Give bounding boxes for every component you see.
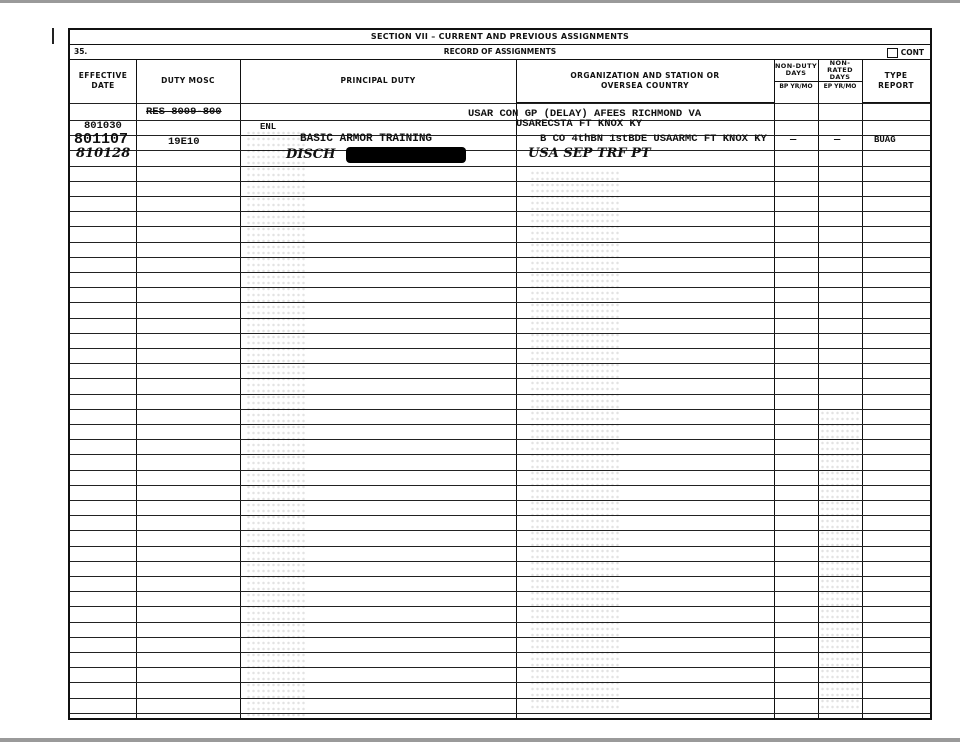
row-rule bbox=[70, 302, 930, 303]
row-rule bbox=[70, 150, 930, 151]
header-non-duty-sub: BP YR/MO bbox=[774, 83, 818, 91]
entry-3-principal-duty: BASIC ARMOR TRAINING bbox=[300, 133, 432, 145]
row-rule bbox=[70, 713, 930, 714]
row-rule bbox=[70, 257, 930, 258]
header-non-duty-days: NON-DUTY DAYS bbox=[774, 59, 818, 82]
row-rule bbox=[70, 470, 930, 471]
row-rule bbox=[70, 698, 930, 699]
entry-3-organization: B CO 4thBN 1stBDE USAARMC FT KNOX KY bbox=[540, 133, 767, 145]
scan-noise bbox=[820, 410, 860, 710]
row-rule bbox=[70, 667, 930, 668]
row-rule bbox=[70, 439, 930, 440]
row-rule bbox=[70, 515, 930, 516]
row-rule bbox=[70, 576, 930, 577]
row-rule bbox=[70, 409, 930, 410]
row-rule bbox=[70, 196, 930, 197]
row-rule bbox=[70, 363, 930, 364]
bottom-border bbox=[0, 738, 960, 742]
row-rule bbox=[70, 622, 930, 623]
col-divider bbox=[136, 59, 137, 718]
row-rule bbox=[70, 652, 930, 653]
record-title: RECORD OF ASSIGNMENTS bbox=[70, 44, 930, 59]
header-type-report: TYPE REPORT bbox=[862, 59, 930, 103]
row-rule bbox=[70, 606, 930, 607]
header-non-rated-days: NON-RATED DAYS bbox=[818, 59, 862, 82]
entry-1-duty-mosc: RES 8009-800 bbox=[146, 106, 222, 118]
entry-3-non-rated-days: — bbox=[834, 134, 840, 146]
row-rule bbox=[70, 682, 930, 683]
record-header-row: 35. RECORD OF ASSIGNMENTS CONT bbox=[70, 44, 930, 60]
entry-3-type-report: BUAG bbox=[874, 135, 896, 145]
header-non-rated-sub: EP YR/MO bbox=[818, 83, 862, 91]
row-rule bbox=[70, 454, 930, 455]
header-effective-date: EFFECTIVE DATE bbox=[70, 59, 136, 104]
row-rule bbox=[70, 211, 930, 212]
row-rule bbox=[70, 500, 930, 501]
scan-noise bbox=[246, 130, 306, 720]
row-rule bbox=[70, 272, 930, 273]
row-rule bbox=[70, 561, 930, 562]
assignments-form: SECTION VII – CURRENT AND PREVIOUS ASSIG… bbox=[68, 28, 932, 720]
row-rule bbox=[70, 318, 930, 319]
section-title: SECTION VII – CURRENT AND PREVIOUS ASSIG… bbox=[70, 30, 930, 45]
col-divider bbox=[516, 59, 517, 718]
cont-checkbox-group[interactable]: CONT bbox=[887, 45, 924, 60]
row-rule bbox=[70, 348, 930, 349]
entry-2-organization: USARECSTA FT KNOX KY bbox=[516, 118, 642, 130]
col-divider bbox=[818, 59, 819, 718]
header-bottom-line bbox=[70, 103, 930, 104]
col-divider bbox=[862, 59, 863, 718]
entry-4-effective-date: 810128 bbox=[76, 146, 130, 161]
row-rule bbox=[70, 120, 930, 121]
header-duty-mosc: DUTY MOSC bbox=[136, 59, 240, 104]
col-divider bbox=[240, 59, 241, 718]
redaction-block bbox=[346, 147, 466, 163]
row-rule bbox=[70, 333, 930, 334]
top-border bbox=[0, 0, 960, 3]
entry-3-duty-mosc: 19E10 bbox=[168, 136, 200, 148]
row-rule bbox=[70, 181, 930, 182]
cont-label: CONT bbox=[901, 45, 924, 60]
cont-checkbox[interactable] bbox=[887, 48, 898, 58]
entry-4-organization: USA SEP TRF PT bbox=[528, 146, 651, 161]
scan-noise bbox=[530, 170, 620, 710]
header-organization: ORGANIZATION AND STATION OR OVERSEA COUN… bbox=[516, 59, 774, 103]
row-rule bbox=[70, 378, 930, 379]
row-rule bbox=[70, 424, 930, 425]
row-rule bbox=[70, 166, 930, 167]
header-principal-duty: PRINCIPAL DUTY bbox=[240, 59, 516, 104]
row-rule bbox=[70, 546, 930, 547]
row-rule bbox=[70, 485, 930, 486]
row-rule bbox=[70, 637, 930, 638]
row-rule bbox=[70, 394, 930, 395]
col-divider bbox=[774, 59, 775, 718]
entry-3-non-duty-days: — bbox=[790, 134, 796, 146]
row-rule bbox=[70, 287, 930, 288]
row-rule bbox=[70, 591, 930, 592]
row-rule bbox=[70, 226, 930, 227]
row-rule bbox=[70, 242, 930, 243]
margin-mark bbox=[52, 28, 54, 44]
row-rule bbox=[70, 530, 930, 531]
